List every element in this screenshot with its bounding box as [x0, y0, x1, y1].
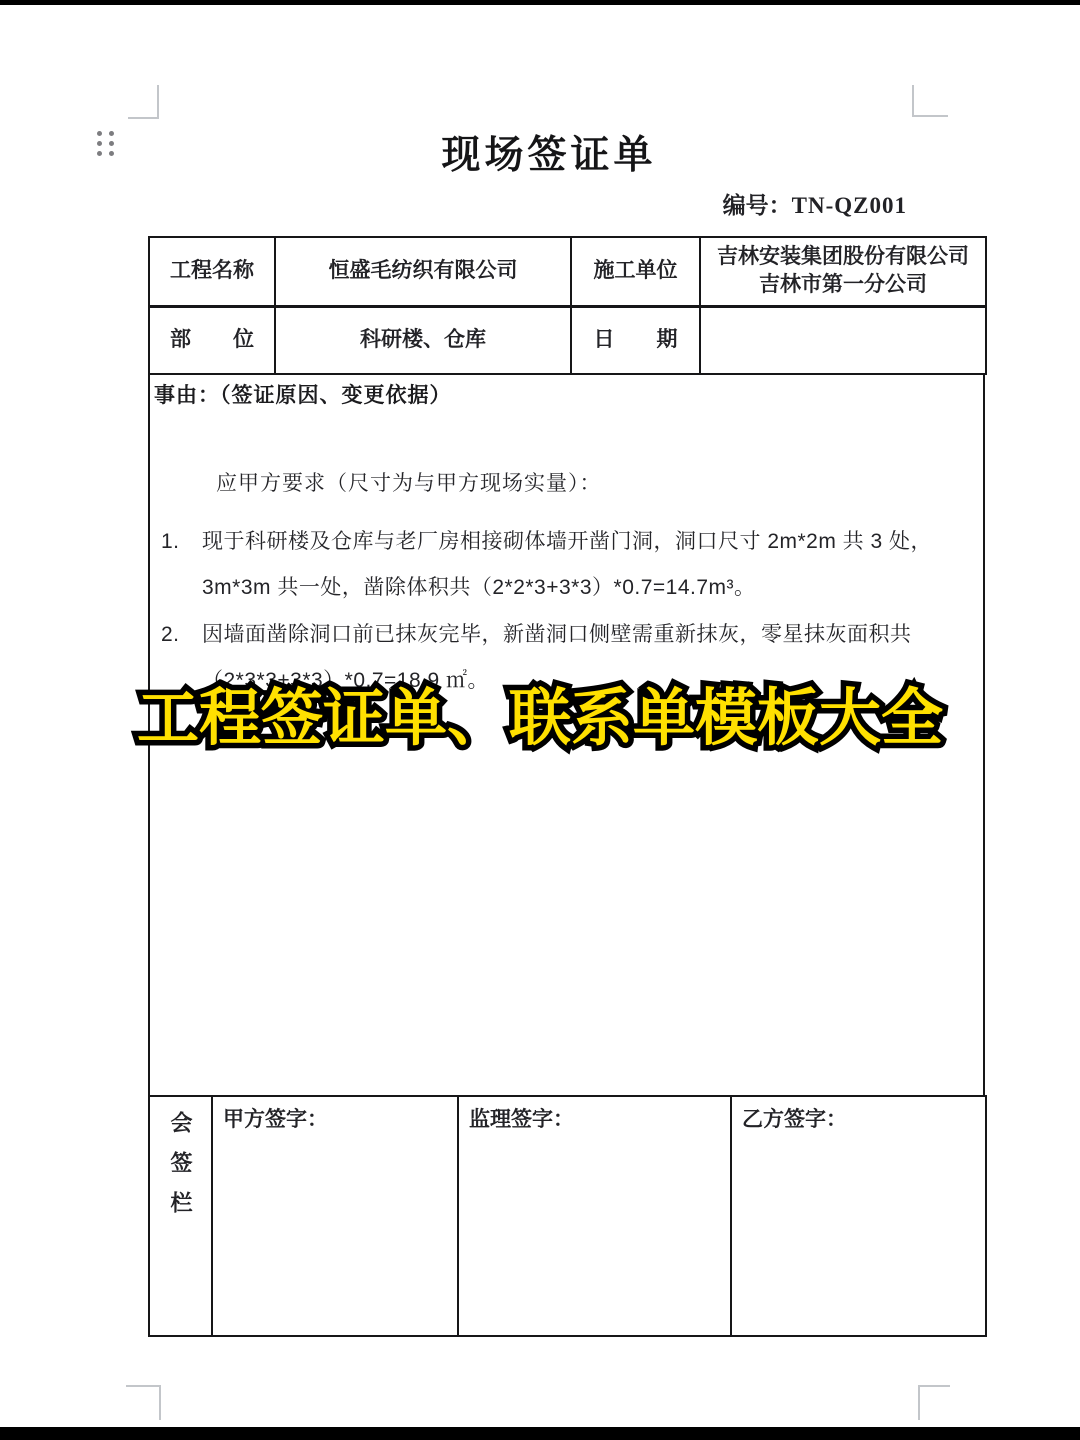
signature-cell-supervisor[interactable]: 监理签字： [458, 1096, 731, 1336]
label-contractor: 施工单位 [571, 237, 700, 306]
value-contractor: 吉林安装集团股份有限公司吉林市第一分公司 [700, 237, 986, 306]
signature-table: 会签栏 甲方签字： 监理签字： 乙方签字： [148, 1095, 987, 1337]
table-row: 部 位 科研楼、仓库 日 期 [149, 306, 986, 374]
cosign-column-cell: 会签栏 [149, 1096, 212, 1336]
doc-number-label: 编号： [723, 192, 792, 218]
reason-item-2: 2. 因墙面凿除洞口前已抹灰完毕，新凿洞口侧壁需重新抹灰，零星抹灰面积共（2*3… [150, 612, 983, 704]
item-number: 2. [161, 612, 180, 658]
table-row: 会签栏 甲方签字： 监理签字： 乙方签字： [149, 1096, 986, 1336]
info-table: 工程名称 恒盛毛纺织有限公司 施工单位 吉林安装集团股份有限公司吉林市第一分公司… [148, 236, 987, 375]
reason-list: 1. 现于科研楼及仓库与老厂房相接砌体墙开凿门洞，洞口尺寸 2m*2m 共 3 … [150, 519, 983, 704]
cosign-column-label: 会签栏 [165, 1111, 196, 1231]
reason-item-1: 1. 现于科研楼及仓库与老厂房相接砌体墙开凿门洞，洞口尺寸 2m*2m 共 3 … [150, 519, 983, 611]
video-letterbox-bottom [0, 1427, 1080, 1440]
label-location: 部 位 [149, 306, 275, 374]
margin-corner-mark-top-right [912, 85, 948, 117]
item-text: 因墙面凿除洞口前已抹灰完毕，新凿洞口侧壁需重新抹灰，零星抹灰面积共（2*3*3+… [202, 623, 912, 692]
label-project-name: 工程名称 [149, 237, 275, 306]
value-date [700, 306, 986, 374]
margin-corner-mark-top-left [128, 85, 159, 119]
margin-corner-mark-bottom-left [126, 1385, 161, 1420]
signature-cell-contractor[interactable]: 乙方签字： [731, 1096, 986, 1336]
value-project-name: 恒盛毛纺织有限公司 [275, 237, 571, 306]
margin-corner-mark-bottom-right [918, 1385, 950, 1420]
table-row: 工程名称 恒盛毛纺织有限公司 施工单位 吉林安装集团股份有限公司吉林市第一分公司 [149, 237, 986, 306]
label-date: 日 期 [571, 306, 700, 374]
item-text: 现于科研楼及仓库与老厂房相接砌体墙开凿门洞，洞口尺寸 2m*2m 共 3 处，3… [202, 530, 932, 599]
video-letterbox-top [0, 0, 1080, 5]
item-number: 1. [161, 519, 180, 565]
signature-cell-owner[interactable]: 甲方签字： [212, 1096, 458, 1336]
reason-heading: 事由：（签证原因、变更依据） [150, 375, 983, 409]
value-location: 科研楼、仓库 [275, 306, 571, 374]
page-title: 现场签证单 [0, 124, 1080, 180]
doc-number: 编号：TN-QZ001 [0, 187, 907, 220]
reason-intro: 应甲方要求（尺寸为与甲方现场实量）： [216, 467, 983, 497]
doc-number-value: TN-QZ001 [792, 193, 907, 218]
reason-section: 事由：（签证原因、变更依据） 应甲方要求（尺寸为与甲方现场实量）： 1. 现于科… [148, 373, 985, 1095]
